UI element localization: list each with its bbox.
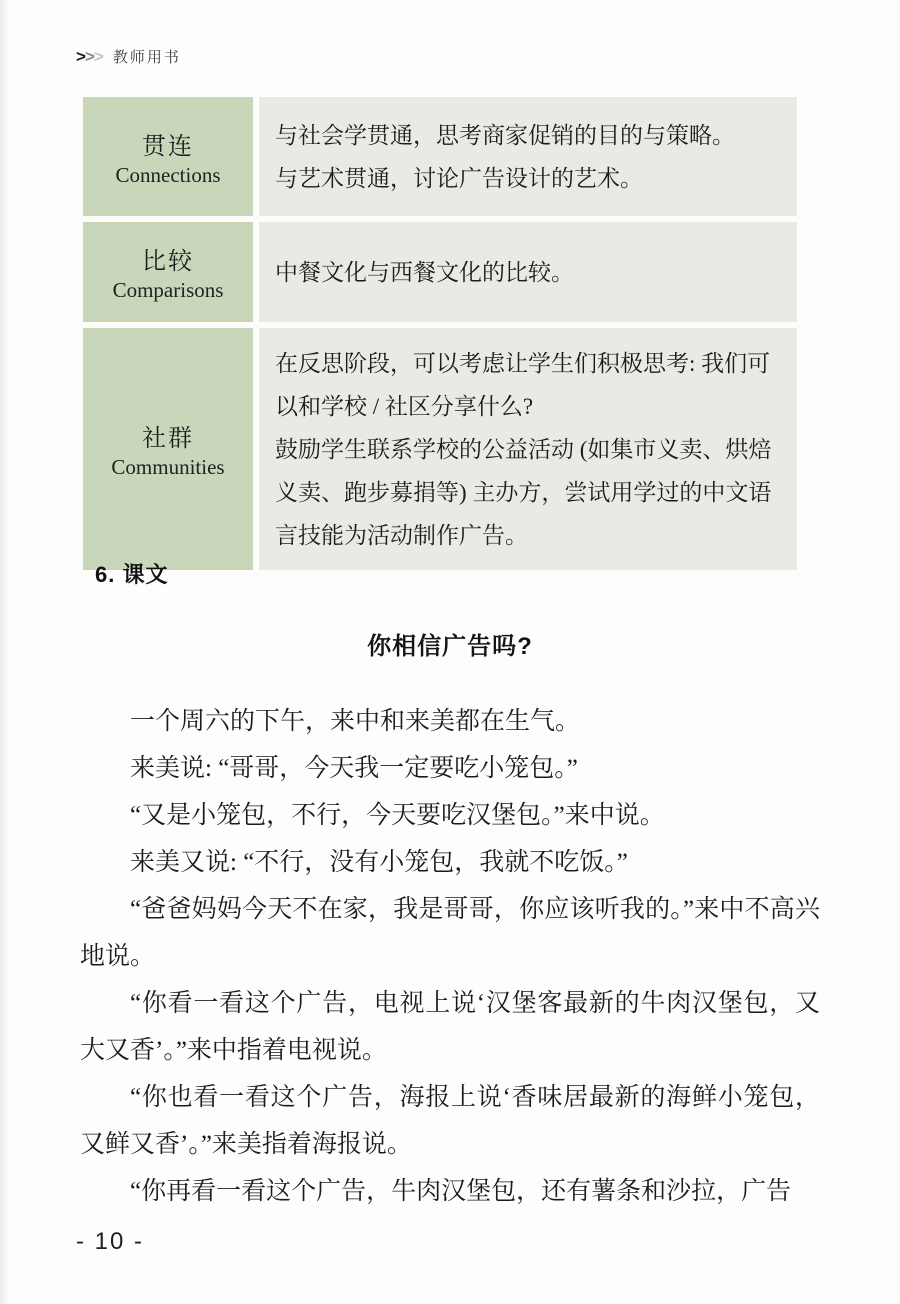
standards-table: 贯连 Connections 与社会学贯通，思考商家促销的目的与策略。 与艺术贯… xyxy=(83,97,797,570)
page-header: >>> 教师用书 xyxy=(76,46,181,67)
chevron-1: > xyxy=(76,47,85,66)
chevron-3: > xyxy=(94,47,103,66)
lesson-title: 你相信广告吗? xyxy=(0,626,900,661)
row-label-zh: 贯连 xyxy=(142,126,194,161)
story-text: 一个周六的下午，来中和来美都在生气。 来美说: “哥哥，今天我一定要吃小笼包。”… xyxy=(80,698,820,1215)
row-label-communities: 社群 Communities xyxy=(83,328,253,570)
story-paragraph: “爸爸妈妈今天不在家，我是哥哥，你应该听我的。”来中不高兴地说。 xyxy=(80,886,820,980)
row-label-connections: 贯连 Connections xyxy=(83,97,253,216)
content-line: 在反思阶段，可以考虑让学生们积极思考: 我们可以和学校 / 社区分享什么? xyxy=(275,342,781,428)
content-line: 鼓励学生联系学校的公益活动 (如集市义卖、烘焙义卖、跑步募捐等) 主办方，尝试用… xyxy=(275,428,781,557)
page-number: - 10 - xyxy=(76,1228,144,1256)
row-label-en: Comparisons xyxy=(113,278,224,303)
story-paragraph: “你再看一看这个广告，牛肉汉堡包，还有薯条和沙拉，广告 xyxy=(80,1168,820,1215)
story-paragraph: 一个周六的下午，来中和来美都在生气。 xyxy=(80,698,820,745)
story-paragraph: 来美又说: “不行，没有小笼包，我就不吃饭。” xyxy=(80,839,820,886)
chevron-2: > xyxy=(85,47,94,66)
row-label-zh: 社群 xyxy=(142,418,194,453)
story-paragraph: 来美说: “哥哥，今天我一定要吃小笼包。” xyxy=(80,745,820,792)
story-paragraph: “你看一看这个广告，电视上说‘汉堡客最新的牛肉汉堡包，又大又香’。”来中指着电视… xyxy=(80,980,820,1074)
row-content-comparisons: 中餐文化与西餐文化的比较。 xyxy=(259,222,797,322)
row-label-en: Connections xyxy=(116,163,221,188)
row-content-connections: 与社会学贯通，思考商家促销的目的与策略。 与艺术贯通，讨论广告设计的艺术。 xyxy=(259,97,797,216)
story-paragraph: “你也看一看这个广告，海报上说‘香味居最新的海鲜小笼包，又鲜又香’。”来美指着海… xyxy=(80,1074,820,1168)
chevrons-icon: >>> xyxy=(76,48,103,65)
row-label-comparisons: 比较 Comparisons xyxy=(83,222,253,322)
content-line: 与艺术贯通，讨论广告设计的艺术。 xyxy=(275,157,781,200)
row-content-communities: 在反思阶段，可以考虑让学生们积极思考: 我们可以和学校 / 社区分享什么? 鼓励… xyxy=(259,328,797,570)
section-heading: 6. 课文 xyxy=(95,558,168,589)
row-label-zh: 比较 xyxy=(142,241,194,276)
content-line: 与社会学贯通，思考商家促销的目的与策略。 xyxy=(275,114,781,157)
content-line: 中餐文化与西餐文化的比较。 xyxy=(275,251,781,294)
row-label-en: Communities xyxy=(111,455,224,480)
header-label: 教师用书 xyxy=(113,46,181,67)
story-paragraph: “又是小笼包，不行，今天要吃汉堡包。”来中说。 xyxy=(80,792,820,839)
